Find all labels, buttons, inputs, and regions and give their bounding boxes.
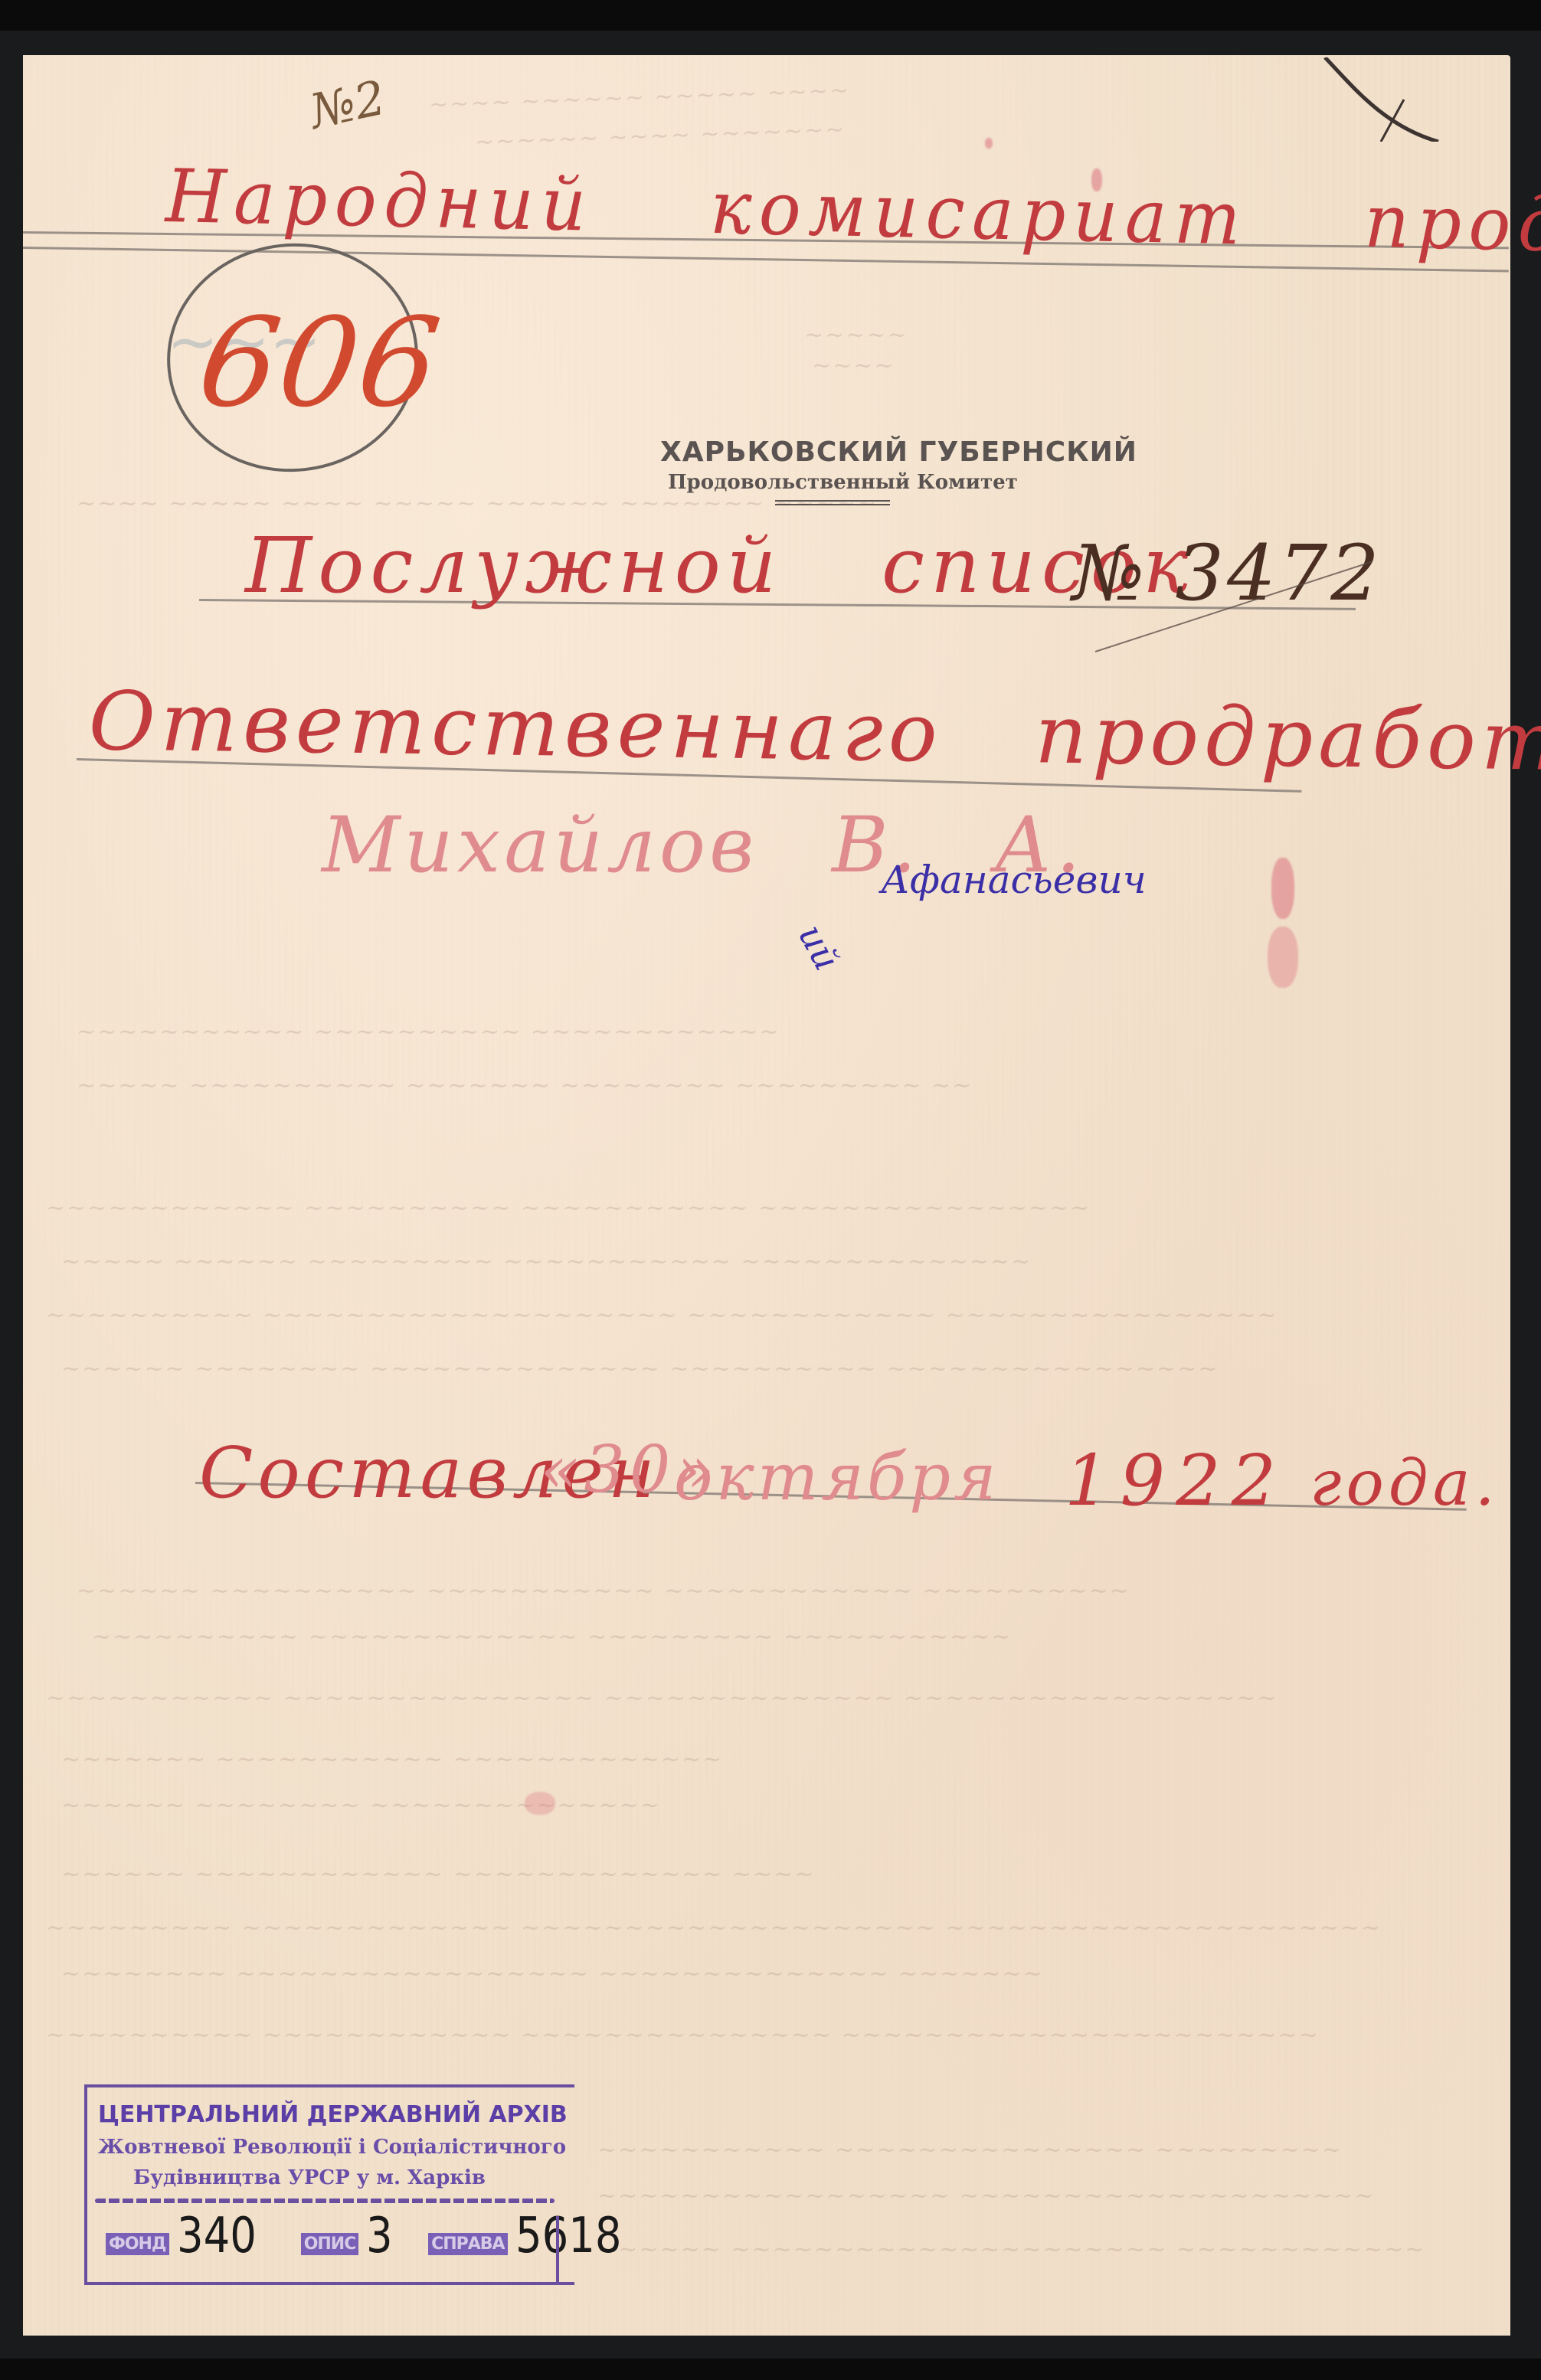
- fond-value: 340: [177, 2208, 257, 2264]
- archive-divider: [95, 2199, 555, 2203]
- ink-smudge: [1091, 168, 1102, 191]
- compiled-suffix: года.: [1310, 1447, 1500, 1520]
- sprava-label: СПРАВА: [428, 2233, 508, 2255]
- opis-value: 3: [366, 2208, 393, 2264]
- stamp-line-2: Продовольственный Комитет: [668, 471, 1137, 494]
- cross-mark-icon: [1323, 57, 1446, 142]
- stamp-bracket: [556, 2216, 559, 2285]
- archive-stamp: ЦЕНТРАЛЬНИЙ ДЕРЖАВНИЙ АРХІВ Жовтневої Ре…: [84, 2084, 574, 2285]
- archive-line-3: Будівництва УРСР у м. Харків: [133, 2166, 574, 2189]
- compiled-year: 1922: [1065, 1440, 1287, 1522]
- sprava-value: 5618: [515, 2208, 621, 2264]
- opis-label: ОПИС: [301, 2233, 359, 2255]
- ink-smudge: [985, 138, 993, 149]
- archive-line-2: Жовтневої Революції і Соціалістичного: [98, 2136, 574, 2159]
- patronymic-insert: Афанасьевич: [881, 858, 1147, 902]
- fond-label: ФОНД: [106, 2233, 169, 2255]
- ink-smudge: [1271, 858, 1294, 919]
- stamp-underline: [775, 500, 890, 502]
- document-title: Послужной список: [245, 521, 1195, 610]
- stamp-line-1: ХАРЬКОВСКИЙ ГУБЕРНСКИЙ: [660, 436, 1137, 468]
- case-number: 606: [191, 291, 450, 434]
- gubernia-committee-stamp: ХАРЬКОВСКИЙ ГУБЕРНСКИЙ Продовольственный…: [660, 436, 1137, 502]
- ink-smudge: [1268, 927, 1298, 988]
- archive-reference-row: ФОНД 340 ОПИС 3 СПРАВА 5618: [106, 2208, 574, 2264]
- compiled-month: октября: [674, 1440, 1000, 1515]
- archive-line-1: ЦЕНТРАЛЬНИЙ ДЕРЖАВНИЙ АРХІВ: [98, 2101, 574, 2128]
- ink-smudge: [525, 1792, 555, 1815]
